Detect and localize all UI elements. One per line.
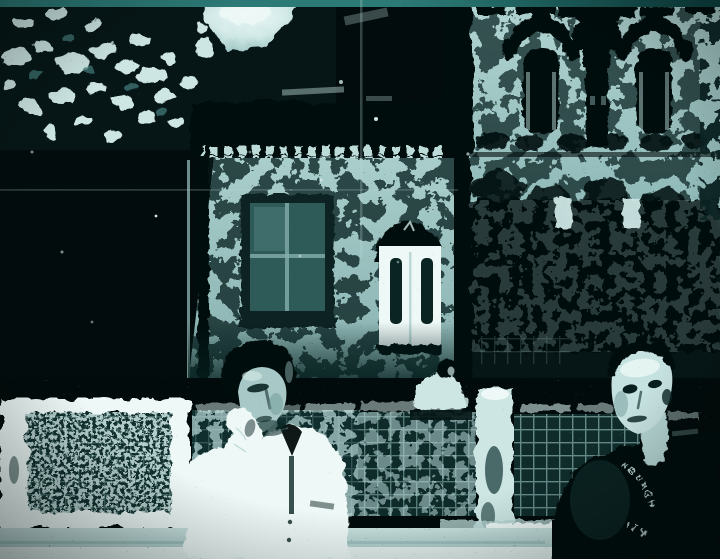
duotone-photograph: NBURGH ITY [0,0,720,559]
photo-canvas: NBURGH ITY [0,0,720,559]
vignette [0,0,720,559]
